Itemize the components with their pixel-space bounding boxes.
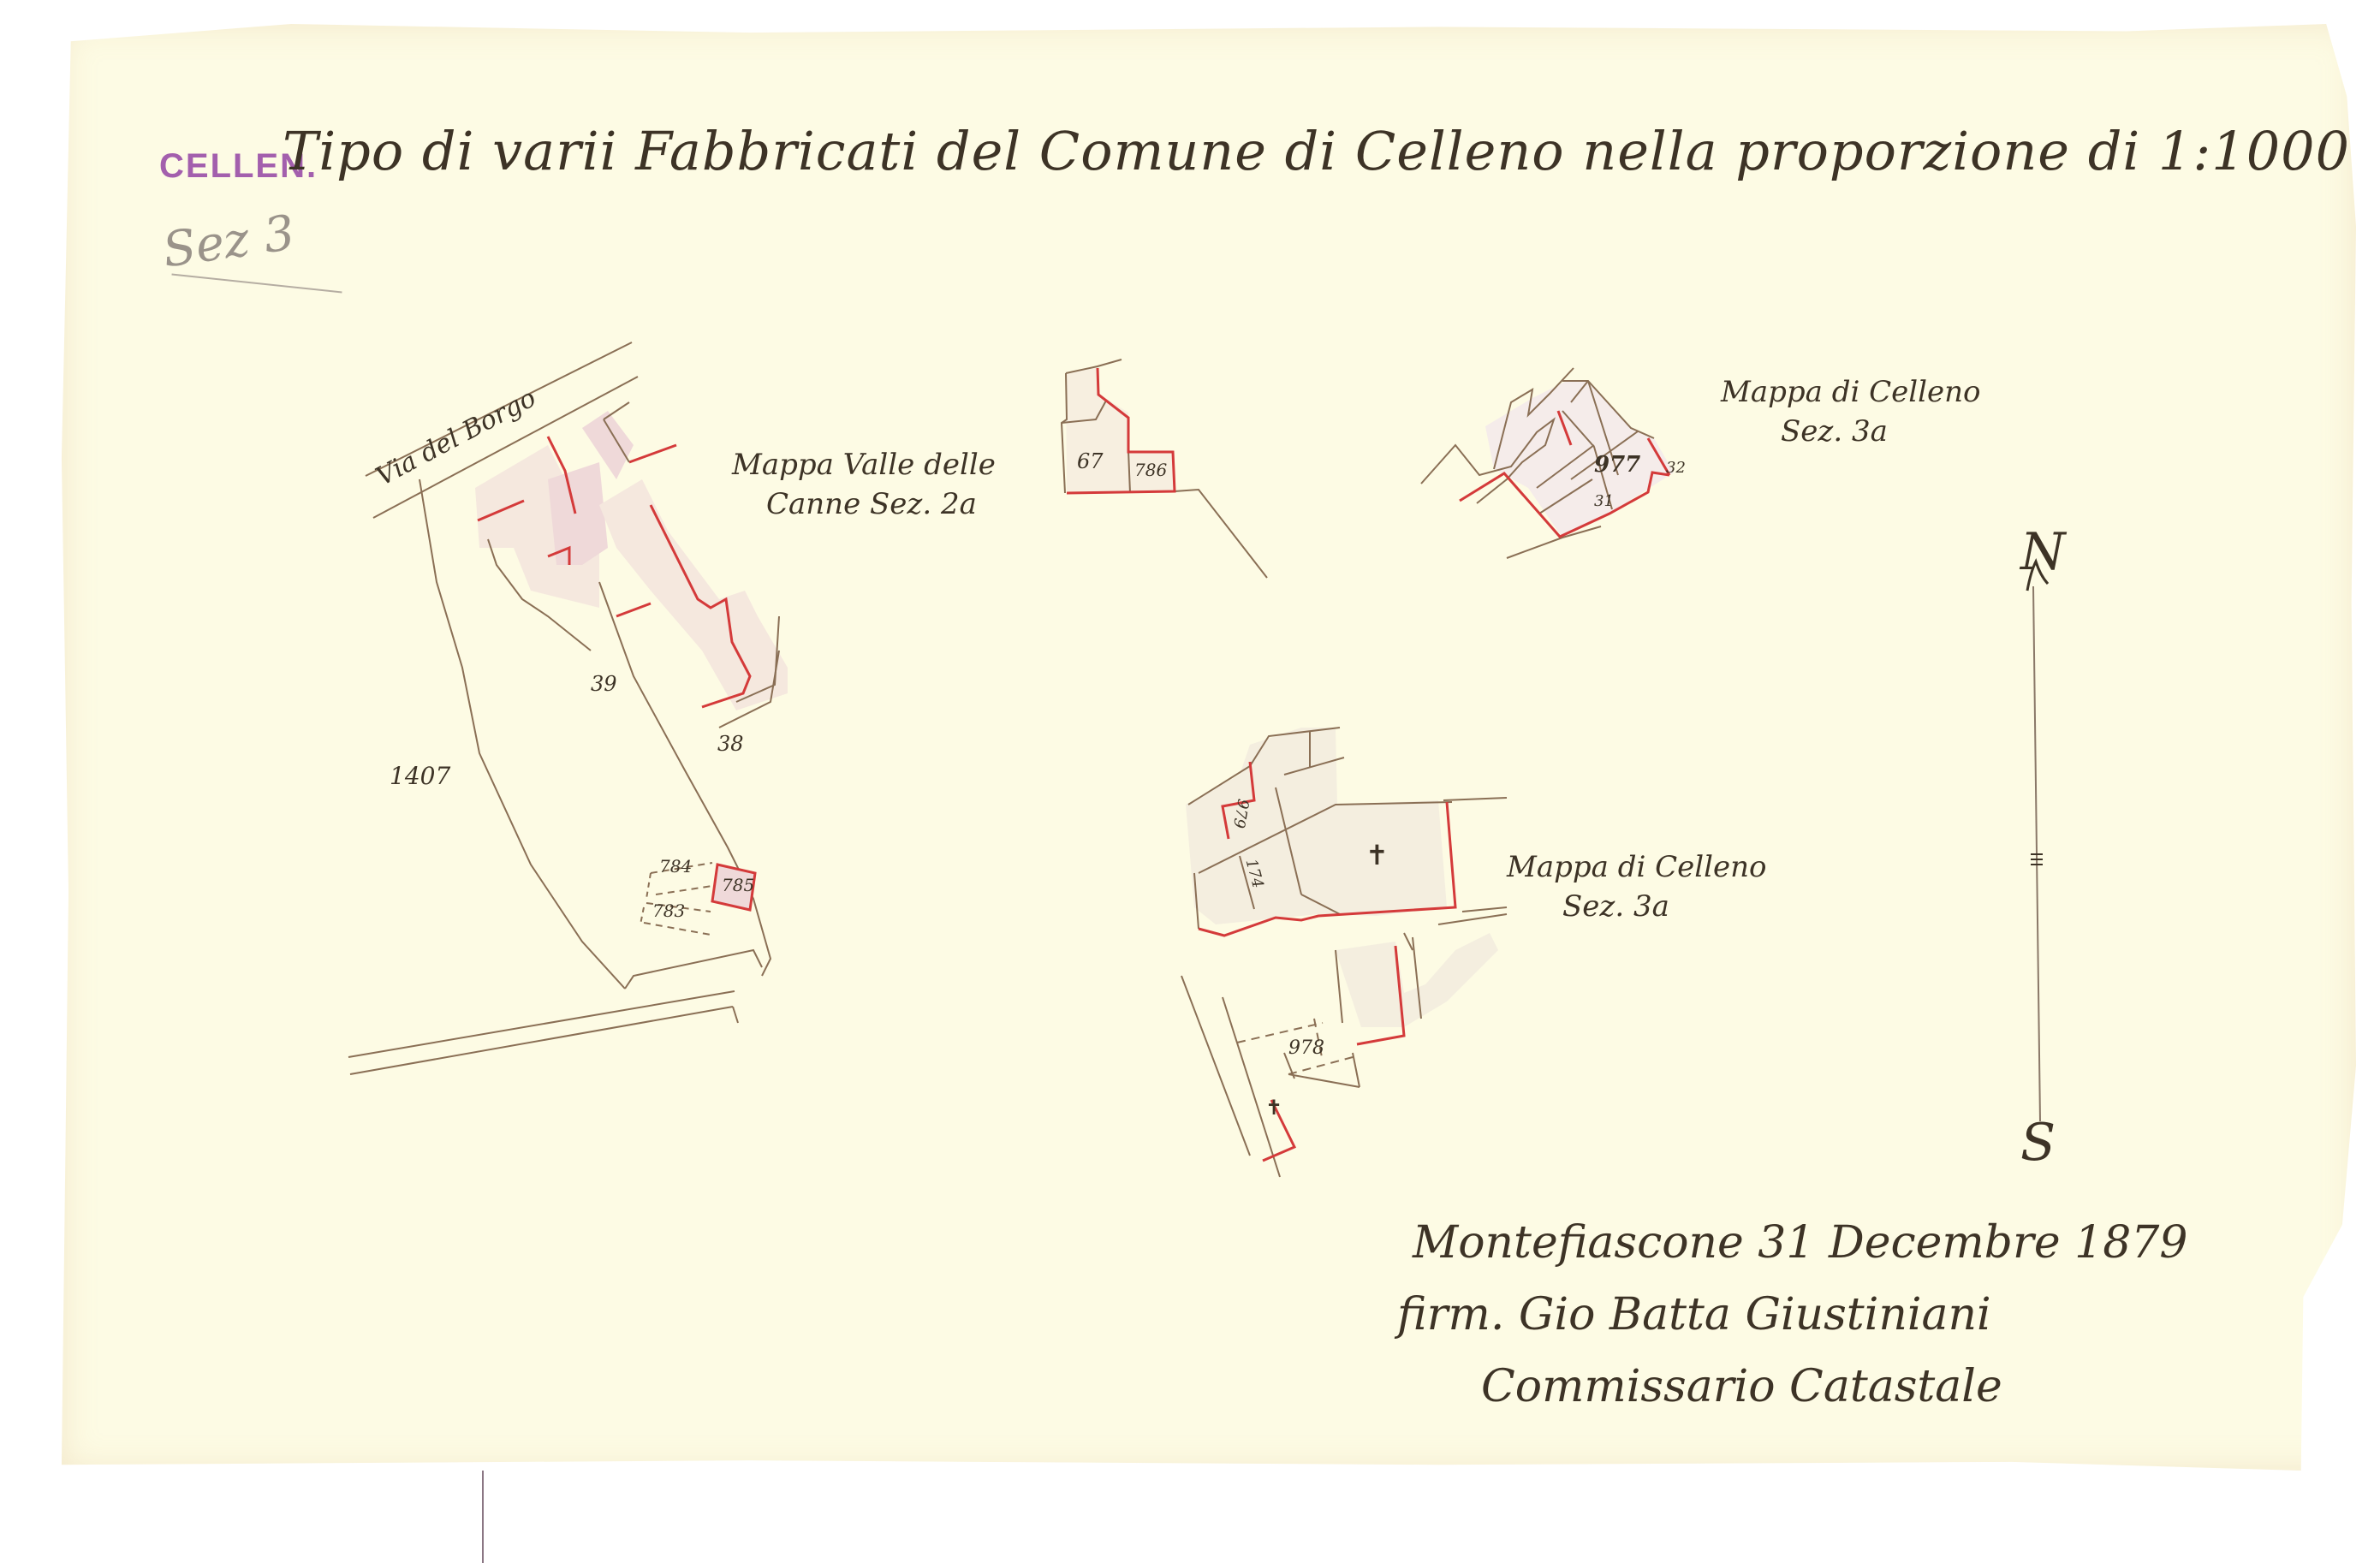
signed-by: firm. Gio Batta Giustiniani [1397,1279,2187,1351]
building-fill [1485,381,1674,538]
sheet-label-line: Canne Sez. 2a [766,484,996,524]
sheet-label-line: Mappa di Celleno [1507,847,1767,887]
parcel-number: 978 [1288,1037,1324,1059]
sheet-label-line: Sez. 3a [1562,887,1767,926]
parcel-number: 977 [1594,452,1640,478]
south-label: S [2020,1113,2056,1173]
parcel-number: 31 [1594,492,1614,510]
parcel-number-highlighted: 785 [722,875,754,895]
parcel-number: 67 [1077,449,1104,473]
sheet-label-celleno-bottom: Mappa di Celleno Sez. 3a [1507,847,1767,926]
sheet-label-celleno-top: Mappa di Celleno Sez. 3a [1721,372,1981,451]
parcel-number: 784 [659,856,692,877]
place-date: Montefiascone 31 Decembre 1879 [1413,1207,2187,1279]
church-cross-icon: ✝ [1265,1096,1282,1120]
parcel-number: 32 [1666,459,1686,477]
parcel-number: 786 [1134,460,1167,480]
parcel-number: 38 [717,732,744,756]
north-label: N [2020,522,2066,582]
signature-block: Montefiascone 31 Decembre 1879 firm. Gio… [1413,1207,2187,1423]
church-cross-icon: ✝ [1366,839,1389,871]
signer-role: Commissario Catastale [1481,1351,2187,1423]
building-fill [548,462,608,565]
road-south [348,991,735,1057]
parcel-number: 1407 [390,762,450,790]
sheet-label-line: Mappa Valle delle [732,445,996,484]
parcel-number: 39 [591,672,617,696]
sheet-label-valle-delle-canne: Mappa Valle delle Canne Sez. 2a [732,445,996,524]
document-title: Tipo di varii Fabbricati del Comune di C… [283,120,2350,182]
parcel-number: 783 [652,900,685,921]
sheet-label-line: Sez. 3a [1781,412,1981,451]
sheet-label-line: Mappa di Celleno [1721,372,1981,412]
